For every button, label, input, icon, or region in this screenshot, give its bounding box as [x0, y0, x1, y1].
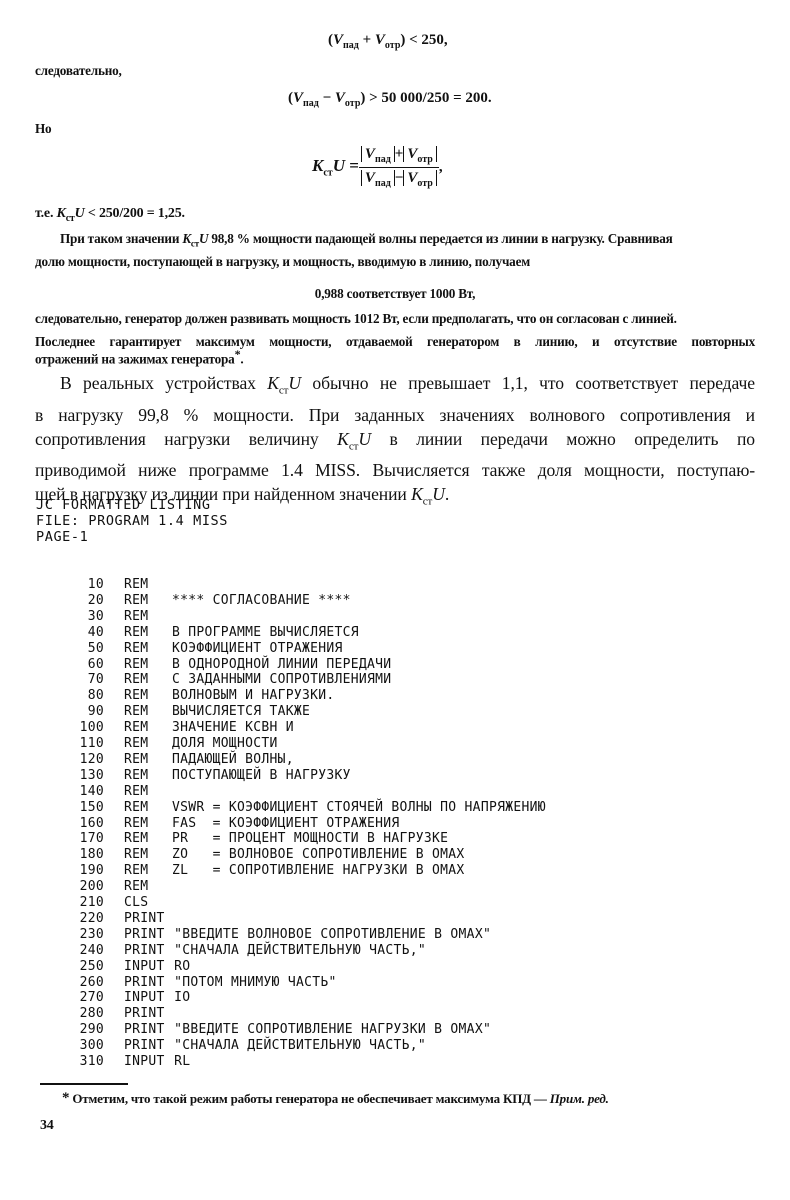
- eq-sub: пад: [375, 154, 391, 165]
- eq-text: ) > 50 000/250 = 200.: [360, 90, 491, 106]
- keyword: PRINT: [124, 943, 165, 959]
- keyword: PRINT: [124, 1006, 165, 1022]
- line-number: 200: [62, 879, 104, 895]
- line-number: 110: [62, 736, 104, 752]
- statement-argument: RL: [166, 1054, 190, 1070]
- keyword: INPUT: [124, 1054, 165, 1070]
- statement-argument: IO: [166, 990, 190, 1006]
- eq-sub: отр: [417, 154, 432, 165]
- eq-var: U: [75, 206, 85, 221]
- eq-sub: пад: [343, 40, 359, 51]
- te-rest: < 250/200 = 1,25.: [85, 206, 185, 221]
- eq-var: K: [182, 231, 191, 246]
- word-sledovatelno: следовательно,: [35, 60, 122, 81]
- footnote-rule: [40, 1083, 128, 1085]
- keyword: REM: [124, 657, 148, 673]
- line-number: 170: [62, 831, 104, 847]
- paragraph-3-line-2: в нагрузку 99,8 % мощности. При заданных…: [35, 403, 755, 427]
- keyword: REM: [124, 577, 148, 593]
- paragraph-2-line-3: отражений на зажимах генератора*.: [35, 344, 244, 369]
- line-number: 180: [62, 847, 104, 863]
- paragraph-3-line-1: В реальных устройствах KстU обычно не пр…: [35, 371, 755, 403]
- code-listing: 10REM20REM**** СОГЛАСОВАНИЕ ****30REM40R…: [62, 577, 682, 1077]
- line-number: 100: [62, 720, 104, 736]
- eq-var: K: [411, 484, 423, 504]
- statement-argument: В ПРОГРАММЕ ВЫЧИСЛЯЕТСЯ: [172, 625, 359, 641]
- eq-op: =: [345, 156, 359, 175]
- keyword: REM: [124, 736, 148, 752]
- statement-argument: "ВВЕДИТЕ ВОЛНОВОЕ СОПРОТИВЛЕНИЕ В ОМАХ": [166, 927, 491, 943]
- line-number: 310: [62, 1054, 104, 1070]
- paragraph-3-line-3: сопротивления нагрузки величину KстU в л…: [35, 427, 755, 459]
- eq-sub: ст: [191, 239, 199, 249]
- keyword: REM: [124, 768, 148, 784]
- keyword: PRINT: [124, 1038, 165, 1054]
- eq-sub: ст: [279, 385, 289, 397]
- statement-argument: "СНАЧАЛА ДЕЙСТВИТЕЛЬНУЮ ЧАСТЬ,": [166, 943, 426, 959]
- line-number: 230: [62, 927, 104, 943]
- eq-var: K: [337, 429, 349, 449]
- eq-var: V: [293, 90, 303, 106]
- keyword: REM: [124, 625, 148, 641]
- keyword: REM: [124, 688, 148, 704]
- eq-var: U: [333, 156, 345, 175]
- te-prefix: т.е.: [35, 206, 57, 221]
- line-number: 250: [62, 959, 104, 975]
- eq-var: V: [333, 32, 343, 48]
- keyword: REM: [124, 863, 148, 879]
- text: .: [445, 484, 449, 504]
- keyword: PRINT: [124, 1022, 165, 1038]
- keyword: REM: [124, 593, 148, 609]
- paragraph-2-line-1: следовательно, генератор должен развиват…: [35, 308, 677, 329]
- listing-header: JC FORMATTED LISTING FILE: PROGRAM 1.4 M…: [36, 497, 228, 545]
- eq-var: U: [288, 373, 301, 393]
- text: .: [240, 351, 243, 366]
- statement-argument: PR = ПРОЦЕНТ МОЩНОСТИ В НАГРУЗКЕ: [172, 831, 448, 847]
- keyword: REM: [124, 672, 148, 688]
- te-line: т.е. KстU < 250/200 = 1,25.: [35, 203, 185, 229]
- statement-argument: ЗНАЧЕНИЕ КСВН И: [172, 720, 294, 736]
- eq-var: V: [407, 146, 417, 162]
- eq-sub: ст: [323, 168, 332, 179]
- eq-fraction: Vпад+Vотр Vпад−Vотр: [359, 146, 439, 189]
- eq-var: U: [358, 429, 371, 449]
- eq-var: K: [267, 373, 279, 393]
- line-number: 120: [62, 752, 104, 768]
- keyword: PRINT: [124, 911, 165, 927]
- line-number: 130: [62, 768, 104, 784]
- line-number: 270: [62, 990, 104, 1006]
- statement-argument: ВЫЧИСЛЯЕТСЯ ТАКЖЕ: [172, 704, 310, 720]
- line-number: 90: [62, 704, 104, 720]
- statement-argument: С ЗАДАННЫМИ СОПРОТИВЛЕНИЯМИ: [172, 672, 391, 688]
- equation-difference: (Vпад − Vотр) > 50 000/250 = 200.: [288, 90, 492, 109]
- equation-sum: (Vпад + Vотр) < 250,: [328, 32, 448, 51]
- line-number: 60: [62, 657, 104, 673]
- statement-argument: RO: [166, 959, 190, 975]
- text: в линии передачи можно определить по: [371, 429, 755, 449]
- center-statement: 0,988 соответствует 1000 Вт,: [0, 283, 790, 304]
- text: отражений на зажимах генератора: [35, 351, 235, 366]
- line-number: 30: [62, 609, 104, 625]
- keyword: REM: [124, 800, 148, 816]
- statement-argument: ДОЛЯ МОЩНОСТИ: [172, 736, 278, 752]
- line-number: 220: [62, 911, 104, 927]
- keyword: REM: [124, 816, 148, 832]
- listing-header-line: PAGE-1: [36, 529, 228, 545]
- keyword: REM: [124, 641, 148, 657]
- line-number: 140: [62, 784, 104, 800]
- eq-text: ,: [439, 159, 443, 176]
- statement-argument: ПОСТУПАЮЩЕЙ В НАГРУЗКУ: [172, 768, 351, 784]
- paragraph-3: В реальных устройствах KстU обычно не пр…: [35, 371, 755, 514]
- line-number: 150: [62, 800, 104, 816]
- keyword: REM: [124, 831, 148, 847]
- text: сопротивления нагрузки величину: [35, 429, 337, 449]
- eq-sub: пад: [375, 178, 391, 189]
- keyword: REM: [124, 784, 148, 800]
- listing-header-line: JC FORMATTED LISTING: [36, 497, 228, 513]
- text: В реальных устройствах: [60, 373, 267, 393]
- text: обычно не превышает 1,1, что соответству…: [301, 373, 755, 393]
- keyword: PRINT: [124, 975, 165, 991]
- line-number: 290: [62, 1022, 104, 1038]
- line-number: 160: [62, 816, 104, 832]
- keyword: REM: [124, 704, 148, 720]
- line-number: 280: [62, 1006, 104, 1022]
- line-number: 210: [62, 895, 104, 911]
- footnote: * Отметим, что такой режим работы генера…: [62, 1088, 609, 1109]
- statement-argument: "ВВЕДИТЕ СОПРОТИВЛЕНИЕ НАГРУЗКИ В ОМАХ": [166, 1022, 491, 1038]
- eq-var: U: [432, 484, 445, 504]
- page-number: 34: [40, 1115, 54, 1136]
- keyword: REM: [124, 752, 148, 768]
- eq-var: V: [365, 170, 375, 186]
- statement-argument: ZO = ВОЛНОВОЕ СОПРОТИВЛЕНИЕ В ОМАХ: [172, 847, 465, 863]
- paragraph-3-line-4: приводимой ниже программе 1.4 MISS. Вычи…: [35, 458, 755, 482]
- line-number: 40: [62, 625, 104, 641]
- eq-var: V: [407, 170, 417, 186]
- eq-var: K: [312, 156, 323, 175]
- eq-sub: ст: [66, 213, 75, 224]
- statement-argument: ПАДАЮЩЕЙ ВОЛНЫ,: [172, 752, 294, 768]
- line-number: 190: [62, 863, 104, 879]
- eq-var: V: [375, 32, 385, 48]
- line-number: 300: [62, 1038, 104, 1054]
- line-number: 10: [62, 577, 104, 593]
- eq-sub: ст: [349, 440, 359, 452]
- footnote-text: Отметим, что такой режим работы генерато…: [69, 1091, 549, 1106]
- line-number: 50: [62, 641, 104, 657]
- eq-var: V: [335, 90, 345, 106]
- listing-header-line: FILE: PROGRAM 1.4 MISS: [36, 513, 228, 529]
- eq-op: −: [319, 90, 335, 106]
- eq-var: U: [199, 231, 208, 246]
- line-number: 80: [62, 688, 104, 704]
- footnote-italic: Прим. ред.: [550, 1091, 609, 1106]
- eq-sub: отр: [417, 178, 432, 189]
- keyword: REM: [124, 847, 148, 863]
- text: 98,8 % мощности падающей волны передаетс…: [208, 231, 672, 246]
- eq-sub: отр: [385, 40, 400, 51]
- line-number: 260: [62, 975, 104, 991]
- keyword: CLS: [124, 895, 148, 911]
- eq-var: V: [365, 146, 375, 162]
- paragraph-1-line-2: долю мощности, поступающей в нагрузку, и…: [35, 251, 530, 272]
- text: При таком значении: [60, 231, 182, 246]
- keyword: PRINT: [124, 927, 165, 943]
- line-number: 240: [62, 943, 104, 959]
- line-number: 20: [62, 593, 104, 609]
- keyword: INPUT: [124, 990, 165, 1006]
- equation-vswr: KстU = Vпад+Vотр Vпад−Vотр ,: [312, 146, 443, 189]
- eq-denominator: Vпад−Vотр: [359, 168, 439, 189]
- keyword: REM: [124, 609, 148, 625]
- eq-numerator: Vпад+Vотр: [359, 146, 439, 168]
- statement-argument: **** СОГЛАСОВАНИЕ ****: [172, 593, 351, 609]
- statement-argument: "СНАЧАЛА ДЕЙСТВИТЕЛЬНУЮ ЧАСТЬ,": [166, 1038, 426, 1054]
- statement-argument: FAS = КОЭФФИЦИЕНТ ОТРАЖЕНИЯ: [172, 816, 400, 832]
- eq-text: ) < 250,: [400, 32, 447, 48]
- line-number: 70: [62, 672, 104, 688]
- statement-argument: VSWR = КОЭФФИЦИЕНТ СТОЯЧЕЙ ВОЛНЫ ПО НАПР…: [172, 800, 546, 816]
- statement-argument: КОЭФФИЦИЕНТ ОТРАЖЕНИЯ: [172, 641, 343, 657]
- eq-op: +: [359, 32, 375, 48]
- eq-sub: ст: [423, 496, 433, 508]
- word-no: Но: [35, 118, 51, 139]
- statement-argument: "ПОТОМ МНИМУЮ ЧАСТЬ": [166, 975, 337, 991]
- keyword: INPUT: [124, 959, 165, 975]
- statement-argument: ZL = СОПРОТИВЛЕНИЕ НАГРУЗКИ В ОМАХ: [172, 863, 465, 879]
- eq-var: K: [57, 206, 66, 221]
- keyword: REM: [124, 879, 148, 895]
- keyword: REM: [124, 720, 148, 736]
- statement-argument: В ОДНОРОДНОЙ ЛИНИИ ПЕРЕДАЧИ: [172, 657, 391, 673]
- eq-sub: пад: [303, 98, 319, 109]
- eq-sub: отр: [345, 98, 360, 109]
- statement-argument: ВОЛНОВЫМ И НАГРУЗКИ.: [172, 688, 335, 704]
